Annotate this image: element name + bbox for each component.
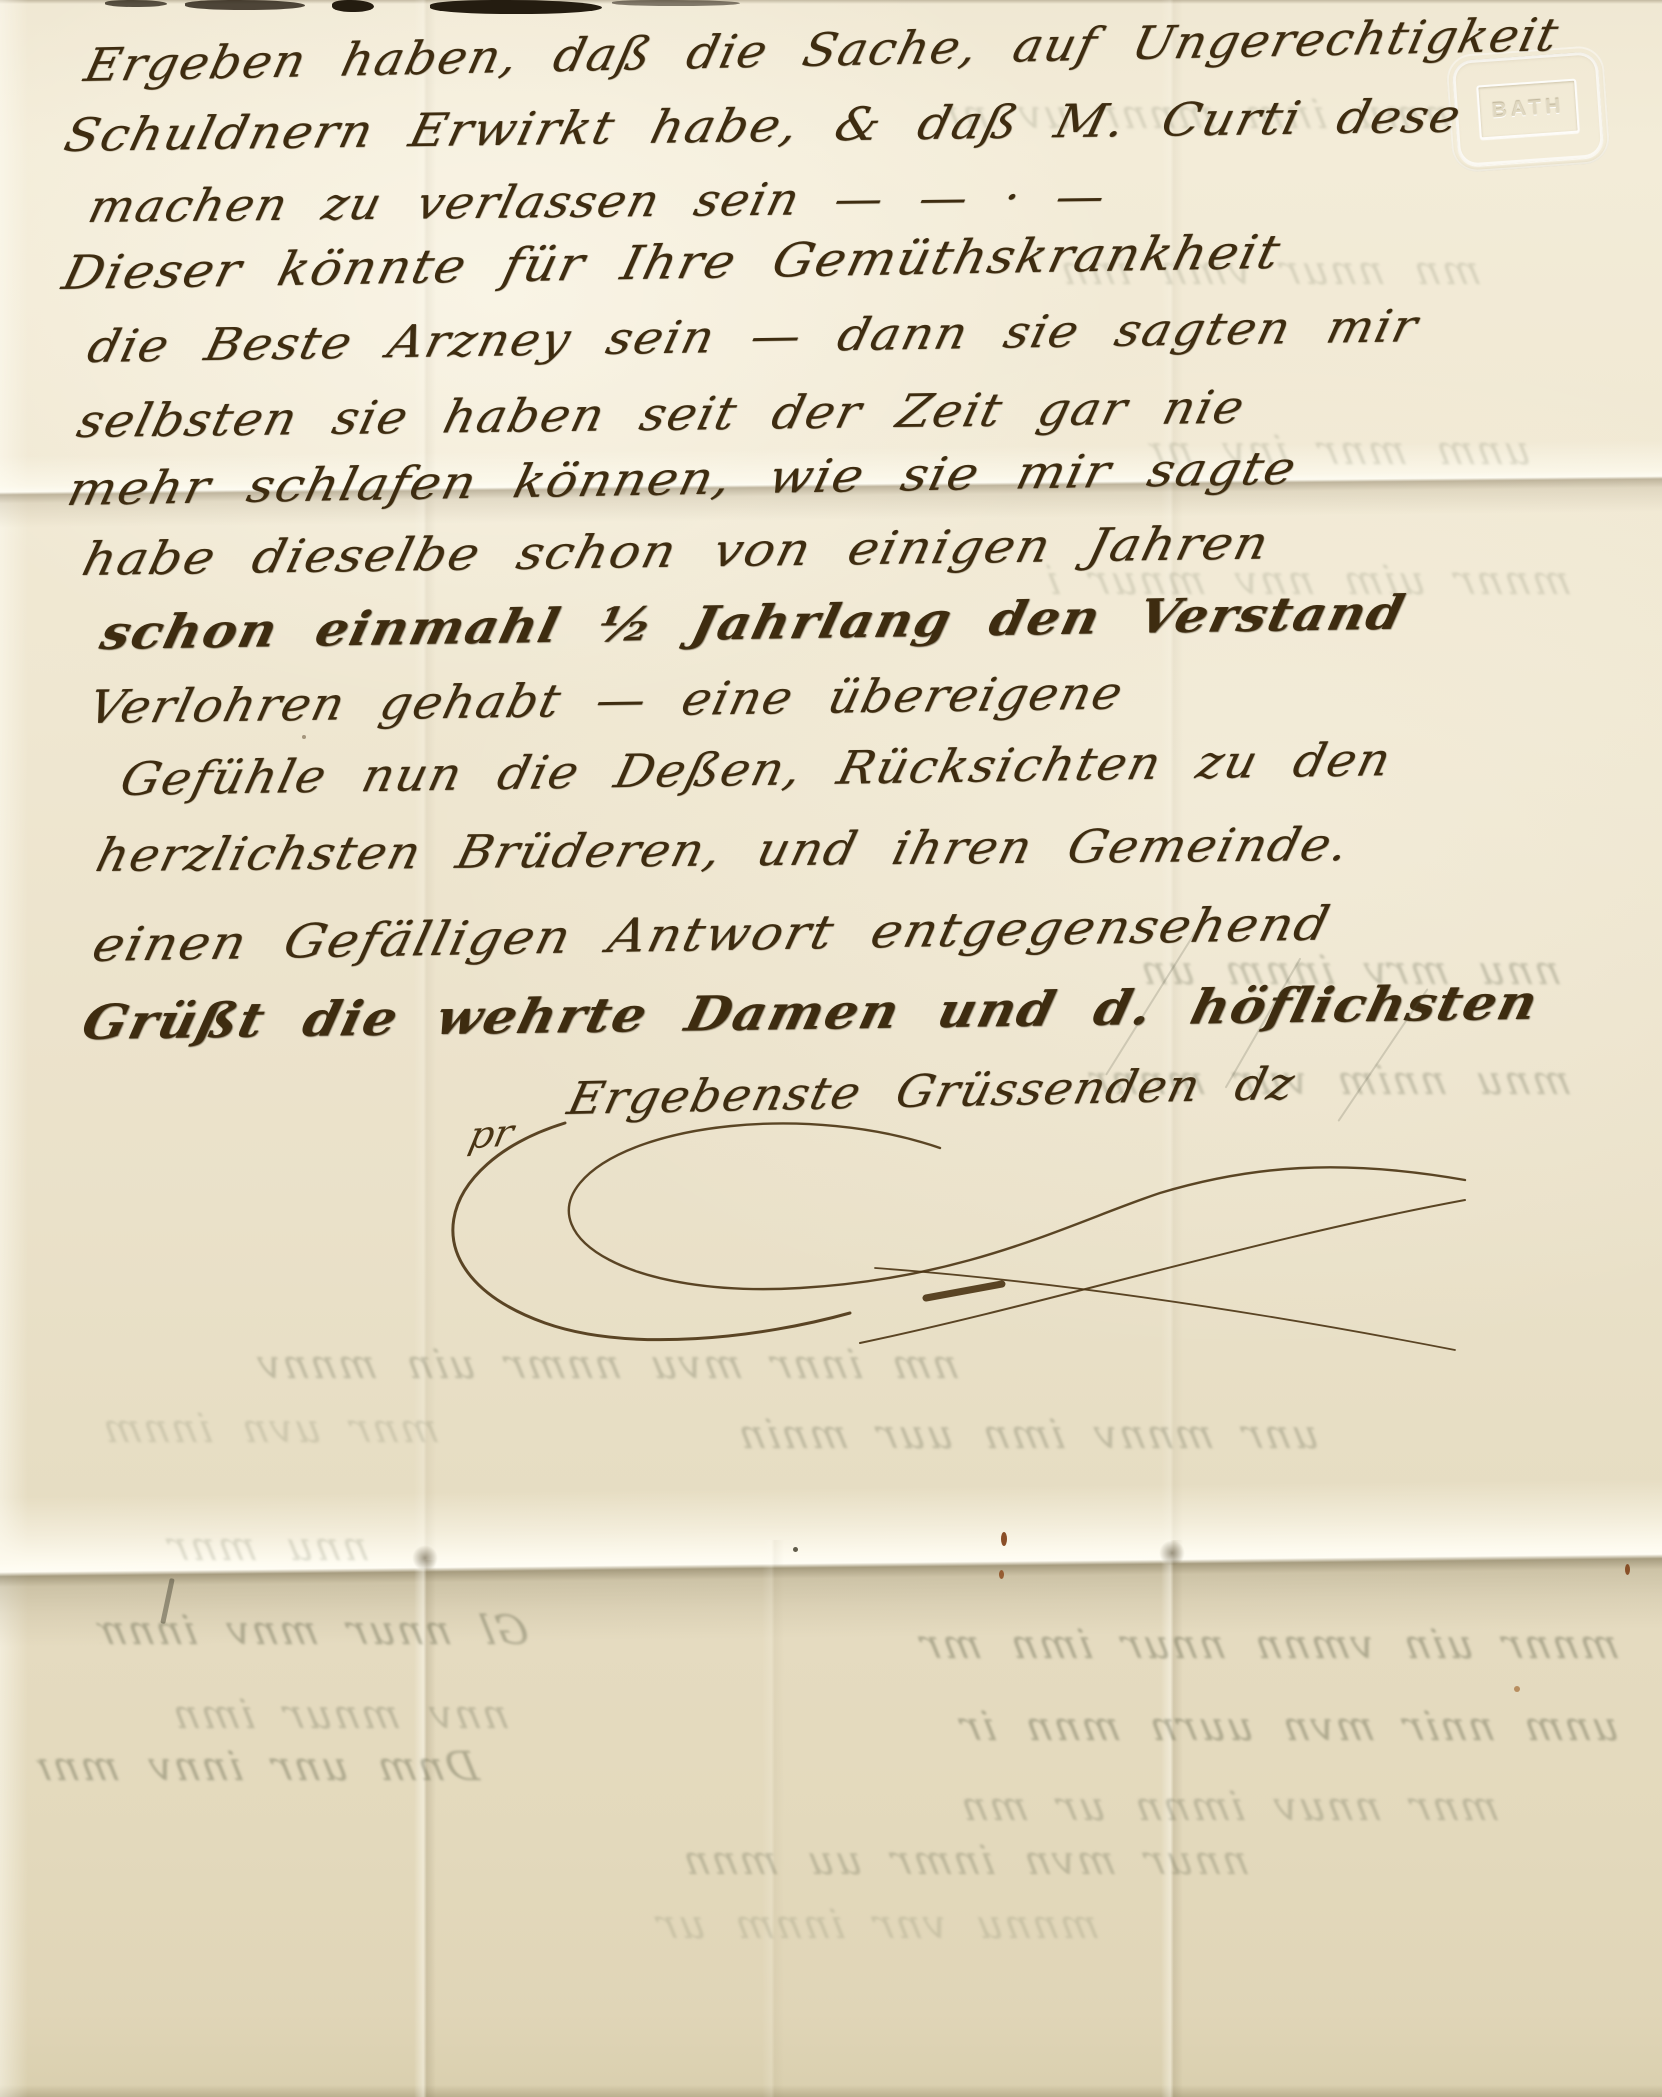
bleedthrough-line: unr mnnv imn uur mnin [593, 1412, 1323, 1458]
manuscript-line: herzlichsten Brüderen, und ihren Gemeind… [91, 817, 1356, 882]
manuscript-line: die Beste Arzney sein — dann sie sagten … [83, 299, 1424, 373]
manuscript-line: Ergeben haben, daß die Sache, auf Ungere… [80, 7, 1565, 92]
manuscript-line: Gefühle nun die Deßen, Rücksichten zu de… [115, 732, 1397, 806]
embossed-stamp-text: BATH [1491, 94, 1565, 123]
bleedthrough-line: nnu mnr [123, 1524, 373, 1570]
embossed-paper-stamp: BATH [1451, 51, 1604, 167]
manuscript-line: Grüßt die wehrte Damen und d. höflichste… [77, 975, 1545, 1051]
paper-tear-mark [430, 0, 602, 14]
manuscript-line: selbsten sie haben seit der Zeit gar nie [72, 380, 1251, 448]
paper-edge-left [0, 0, 28, 2097]
foxing-spot [1514, 1686, 1520, 1692]
bleedthrough-line: Gl nnur mnv innm ur [93, 1608, 533, 1654]
ink-fleck [302, 735, 306, 739]
ink-fleck [793, 1547, 798, 1552]
bleedthrough-line: mnnu vnr innm ur [443, 1902, 1103, 1948]
manuscript-line: Verlohren gehabt — eine übereigene [83, 666, 1129, 734]
bleedthrough-line: Dnm unr innv mnnu ur [33, 1744, 483, 1790]
fold-pinch-mark [412, 1545, 438, 1571]
fold-pinch-mark [1159, 1540, 1185, 1566]
embossed-stamp-cartouche: BATH [1476, 79, 1580, 140]
bleedthrough-line: mnnr uin vmnn nnur imn mr [873, 1622, 1623, 1668]
signature-flourish [330, 1088, 1490, 1388]
bleedthrough-line: mnr uvn innm [53, 1406, 443, 1452]
bleedthrough-line: mnr nnuv imnn ur mn [893, 1784, 1503, 1830]
paper-tear-mark [185, 0, 305, 10]
bleedthrough-line: nnv mnur imn [143, 1692, 513, 1738]
manuscript-line: schon einmahl ½ Jahrlang den Verstand [95, 586, 1411, 661]
bleedthrough-line: unm nnir mvn uurn mnn ir [833, 1704, 1623, 1750]
foxing-spot [1001, 1532, 1007, 1546]
paper-tear-mark [105, 0, 167, 7]
bleedthrough-line: nnur mvn inmr uu mnn [543, 1838, 1253, 1884]
manuscript-line: mehr schlafen können, wie sie mir sagte [62, 441, 1302, 516]
letter-scan-page: BATH nmu inm mnnr uv nnim mur mn nnur vm… [0, 0, 1662, 2097]
manuscript-line: Schuldnern Erwirkt habe, & daß M. Curti … [59, 89, 1467, 162]
foxing-spot [999, 1570, 1004, 1579]
fold-crease-vertical-middle [762, 1540, 784, 2097]
paper-edge-bottom [0, 2085, 1662, 2097]
manuscript-line: machen zu verlassen sein — — · — [83, 169, 1112, 233]
paper-tear-mark [332, 0, 374, 12]
paper-tear-mark [612, 0, 740, 6]
foxing-spot [1625, 1564, 1630, 1575]
